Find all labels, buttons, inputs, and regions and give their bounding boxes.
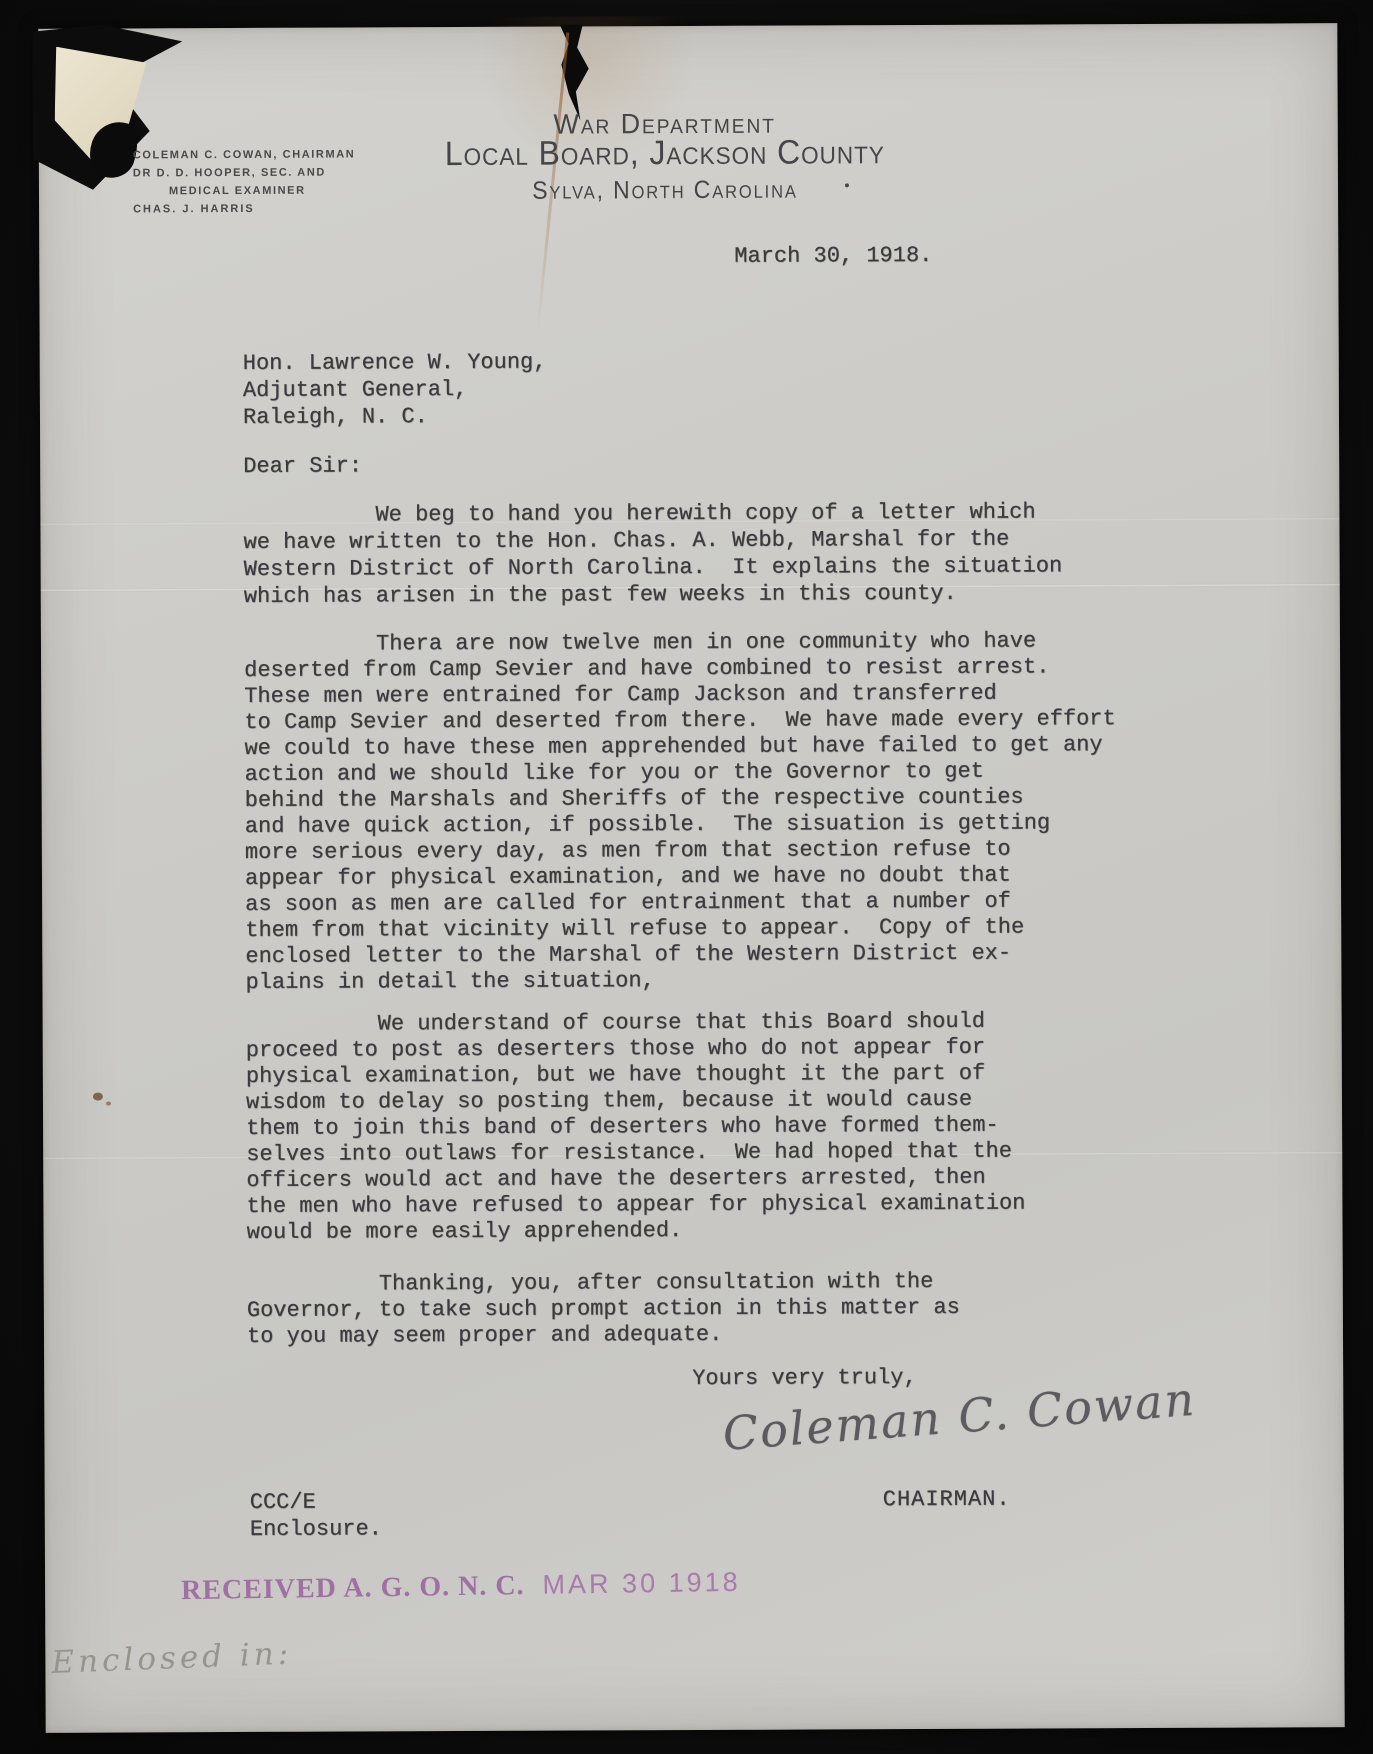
photo-background: COLEMAN C. COWAN, CHAIRMAN DR D. D. HOOP…	[0, 0, 1373, 1754]
body-paragraph-4: Thanking, you, after consultation with t…	[247, 1269, 960, 1350]
paper-speck	[93, 1093, 103, 1101]
complimentary-closing: Yours very truly,	[692, 1365, 917, 1391]
letterhead-location: Sylva, North Carolina	[371, 175, 960, 207]
letterhead-board: Local Board, Jackson County	[364, 133, 966, 175]
body-paragraph-1: We beg to hand you herewith copy of a le…	[243, 498, 1062, 610]
salutation: Dear Sir:	[243, 453, 362, 479]
paper-speck	[106, 1102, 111, 1106]
received-stamp-date: MAR 30 1918	[542, 1567, 741, 1600]
reference-initials: CCC/E	[250, 1490, 316, 1515]
official-secretary: DR D. D. HOOPER, SEC. AND	[133, 163, 403, 182]
signer-title: CHAIRMAN.	[883, 1487, 1011, 1513]
official-chairman: COLEMAN C. COWAN, CHAIRMAN	[133, 145, 403, 164]
letter-page: COLEMAN C. COWAN, CHAIRMAN DR D. D. HOOP…	[38, 23, 1344, 1733]
official-member: CHAS. J. HARRIS	[133, 199, 403, 218]
letterhead-officials: COLEMAN C. COWAN, CHAIRMAN DR D. D. HOOP…	[133, 145, 403, 218]
body-paragraph-3: We understand of course that this Board …	[246, 1009, 1026, 1246]
body-paragraph-2: Thera are now twelve men in one communit…	[244, 628, 1117, 996]
received-stamp-text: RECEIVED A. G. O. N. C.	[181, 1570, 525, 1606]
official-secretary-title: MEDICAL EXAMINER	[133, 181, 403, 200]
pencil-note: Enclosed in:	[51, 1636, 293, 1681]
letter-date: March 30, 1918.	[734, 243, 932, 269]
received-stamp: RECEIVED A. G. O. N. C. MAR 30 1918	[181, 1567, 741, 1607]
recipient-address: Hon. Lawrence W. Young, Adjutant General…	[243, 349, 547, 431]
enclosure-notation: Enclosure.	[250, 1516, 382, 1542]
